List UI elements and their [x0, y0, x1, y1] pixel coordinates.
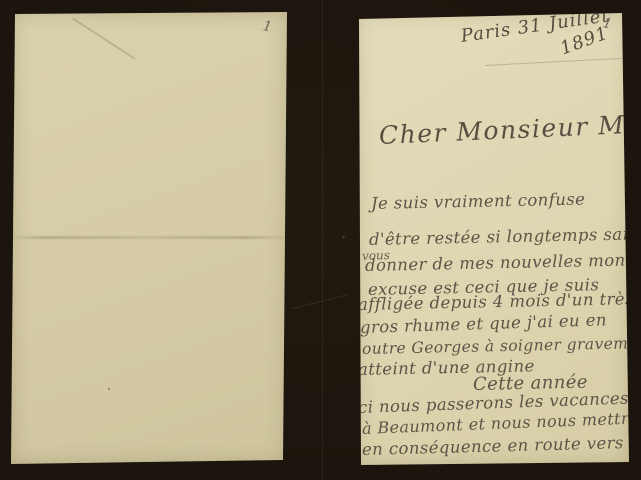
letter-scan: 1 1 Paris 31 Juillet 1891 Cher Monsieur … — [0, 0, 641, 480]
letter-line: Je suis vraiment confuse — [371, 190, 586, 213]
fold-crease — [11, 236, 287, 239]
letter-page-left: 1 — [11, 12, 287, 464]
paper-scratch — [72, 18, 135, 59]
letter-line: donner de mes nouvelles mon — [365, 251, 626, 275]
salutation: Cher Monsieur Millien — [378, 107, 641, 150]
background-speck — [342, 236, 345, 238]
letter-line: d'être restée si longtemps sans — [369, 224, 641, 249]
letter-line: en conséquence en route vers — [362, 433, 624, 459]
background-scratch — [322, 0, 323, 480]
background-scratch — [292, 294, 349, 309]
page-number-annotation: 1 — [262, 18, 274, 35]
paper-speck — [108, 388, 110, 390]
letter-line: outre Georges à soigner gravement — [362, 334, 641, 358]
letter-page-right: 1 Paris 31 Juillet 1891 Cher Monsieur Mi… — [357, 13, 629, 465]
letter-line: gros rhume et que j'ai eu en — [360, 310, 607, 337]
paper-crease — [485, 58, 627, 66]
